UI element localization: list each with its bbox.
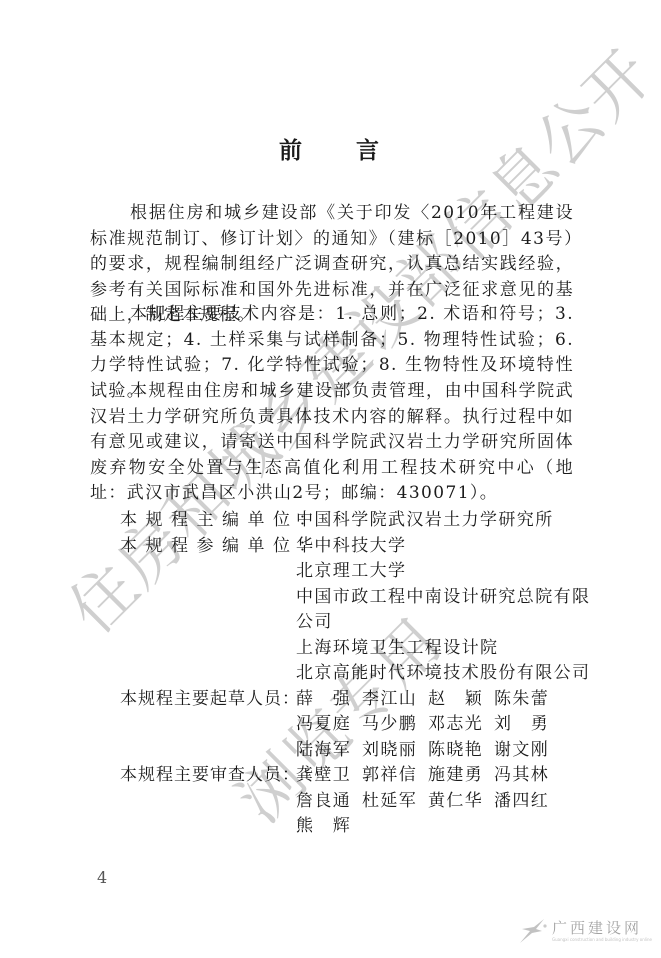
title-char-1: 前	[279, 136, 302, 166]
person-name: 龚壁卫	[296, 763, 362, 789]
person-name: 马少鹏	[362, 712, 428, 738]
person-name: 黄仁华	[428, 789, 494, 815]
person-name: 李江山	[362, 687, 428, 713]
participating-unit: 上海环境卫生工程设计院	[296, 636, 498, 662]
person-name: 陈晓艳	[428, 738, 494, 764]
drafters-names: 冯夏庭 马少鹏 邓志光 刘 勇	[296, 712, 560, 738]
page-number: 4	[97, 868, 107, 887]
site-logo-subtitle: Guangxi construction and building indust…	[552, 937, 652, 943]
page-title: 前言	[279, 136, 379, 166]
paragraph-text: 本规程由住房和城乡建设部负责管理，由中国科学院武汉岩土力学研究所负责具体技术内容…	[90, 379, 574, 507]
drafters-label: 本规程主要起草人员：	[120, 687, 296, 713]
person-name: 杜延军	[362, 789, 428, 815]
drafters-names: 陆海军 刘晓丽 陈晓艳 谢文刚	[296, 738, 560, 764]
page-content: 前言 根据住房和城乡建设部《关于印发〈2010年工程建设标准规范制订、修订计划〉…	[0, 0, 661, 958]
person-name: 邓志光	[428, 712, 494, 738]
participating-unit: 北京理工大学	[296, 559, 406, 585]
person-name: 谢文刚	[494, 738, 560, 764]
drafters-row: 陆海军 刘晓丽 陈晓艳 谢文刚	[120, 738, 580, 764]
person-name: 刘晓丽	[362, 738, 428, 764]
paragraph-management: 本规程由住房和城乡建设部负责管理，由中国科学院武汉岩土力学研究所负责具体技术内容…	[90, 379, 574, 507]
person-name: 熊 辉	[296, 814, 362, 840]
chief-editor-row: 本规程主编单位： 中国科学院武汉岩土力学研究所	[120, 508, 580, 534]
person-name: 詹良通	[296, 789, 362, 815]
reviewers-row: 本规程主要审查人员： 龚壁卫 郭祥信 施建勇 冯其林	[120, 763, 580, 789]
participating-unit-row: 本规程参编单位： 华中科技大学	[120, 534, 580, 560]
participating-unit-row: 上海环境卫生工程设计院	[120, 636, 580, 662]
drafters-row: 本规程主要起草人员： 薛 强 李江山 赵 颖 陈朱蕾	[120, 687, 580, 713]
participating-units-label: 本规程参编单位：	[120, 534, 296, 560]
participating-unit-row: 北京理工大学	[120, 559, 580, 585]
participating-unit: 华中科技大学	[296, 534, 406, 560]
credits-block: 本规程主编单位： 中国科学院武汉岩土力学研究所 本规程参编单位： 华中科技大学 …	[120, 508, 580, 840]
reviewers-names: 龚壁卫 郭祥信 施建勇 冯其林	[296, 763, 560, 789]
participating-unit-row: 公司	[120, 610, 580, 636]
reviewers-row: 熊 辉	[120, 814, 580, 840]
person-name: 冯夏庭	[296, 712, 362, 738]
participating-unit-row: 北京高能时代环境技术股份有限公司	[120, 661, 580, 687]
title-char-2: 言	[356, 136, 379, 166]
participating-unit: 公司	[296, 610, 333, 636]
person-name: 施建勇	[428, 763, 494, 789]
participating-unit: 北京高能时代环境技术股份有限公司	[296, 661, 590, 687]
participating-unit-row: 中国市政工程中南设计研究总院有限	[120, 585, 580, 611]
person-name: 冯其林	[494, 763, 560, 789]
document-page: 住房和城乡建设部信息公开 浏览专用 前言 根据住房和城乡建设部《关于印发〈201…	[0, 0, 661, 958]
person-name: 陈朱蕾	[494, 687, 560, 713]
star-logo-icon	[518, 917, 548, 945]
reviewers-names: 詹良通 杜延军 黄仁华 潘四红	[296, 789, 560, 815]
person-name: 薛 强	[296, 687, 362, 713]
reviewers-label: 本规程主要审查人员：	[120, 763, 296, 789]
person-name: 刘 勇	[494, 712, 560, 738]
person-name: 陆海军	[296, 738, 362, 764]
person-name: 赵 颖	[428, 687, 494, 713]
person-name: 潘四红	[494, 789, 560, 815]
drafters-names: 薛 强 李江山 赵 颖 陈朱蕾	[296, 687, 560, 713]
site-logo-name: 广西建设网	[552, 919, 652, 937]
reviewers-names: 熊 辉	[296, 814, 362, 840]
chief-editor-label: 本规程主编单位：	[120, 508, 296, 534]
chief-editor-value: 中国科学院武汉岩土力学研究所	[296, 508, 554, 534]
site-logo: 广西建设网 Guangxi construction and building …	[518, 913, 658, 949]
drafters-row: 冯夏庭 马少鹏 邓志光 刘 勇	[120, 712, 580, 738]
person-name: 郭祥信	[362, 763, 428, 789]
reviewers-row: 詹良通 杜延军 黄仁华 潘四红	[120, 789, 580, 815]
participating-unit: 中国市政工程中南设计研究总院有限	[296, 585, 590, 611]
